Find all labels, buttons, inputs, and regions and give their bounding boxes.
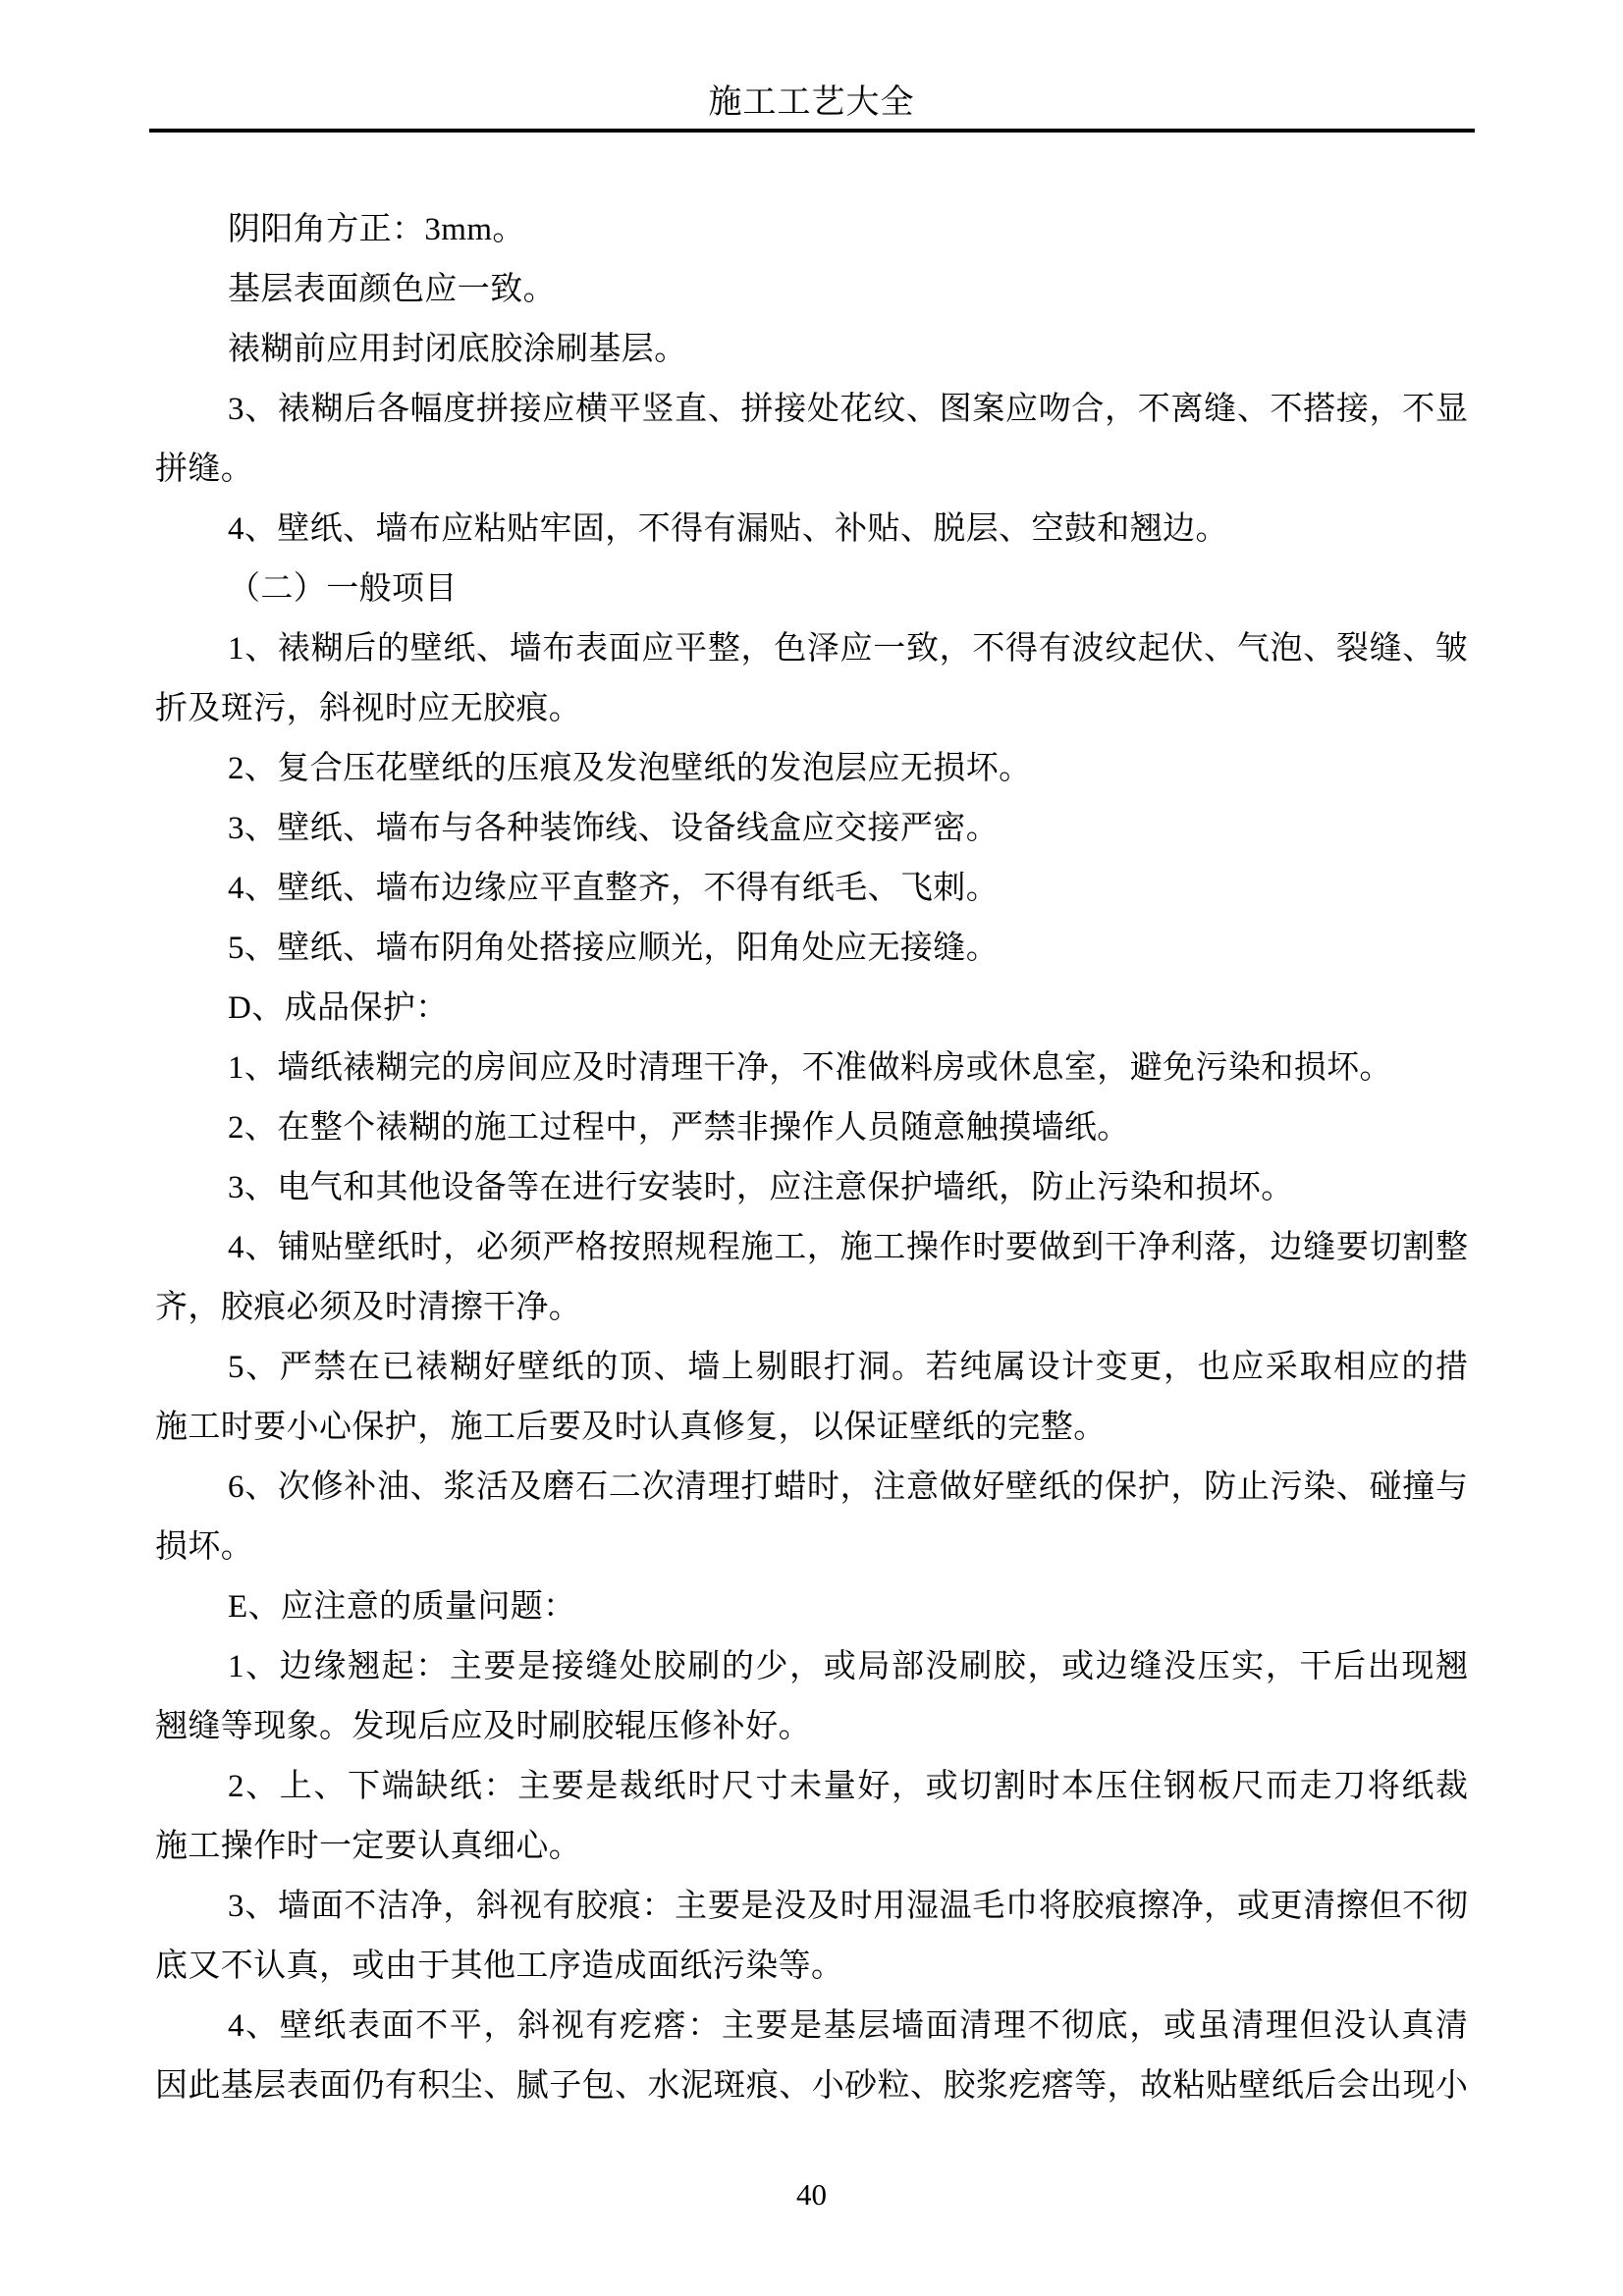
text-line: 3、壁纸、墙布与各种装饰线、设备线盒应交接严密。 xyxy=(155,799,1468,859)
text-line: 5、严禁在已裱糊好壁纸的顶、墙上剔眼打洞。若纯属设计变更，也应采取相应的措施， xyxy=(155,1338,1468,1398)
text-line: 裱糊前应用封闭底胶涂刷基层。 xyxy=(155,320,1468,380)
text-line: 阴阳角方正：3mm。 xyxy=(155,200,1468,260)
text-line: 4、壁纸、墙布边缘应平直整齐，不得有纸毛、飞刺。 xyxy=(155,859,1468,919)
page-number: 40 xyxy=(796,2177,827,2212)
text-line: 折及斑污，斜视时应无胶痕。 xyxy=(155,679,1468,739)
text-line: 基层表面颜色应一致。 xyxy=(155,260,1468,320)
text-line: 2、复合压花壁纸的压痕及发泡壁纸的发泡层应无损坏。 xyxy=(155,739,1468,799)
text-line: 5、壁纸、墙布阴角处搭接应顺光，阳角处应无接缝。 xyxy=(155,919,1468,979)
text-line: 齐，胶痕必须及时清擦干净。 xyxy=(155,1278,1468,1338)
text-line: 3、电气和其他设备等在进行安装时，应注意保护墙纸，防止污染和损坏。 xyxy=(155,1158,1468,1218)
text-line: 施工操作时一定要认真细心。 xyxy=(155,1817,1468,1877)
text-line: 拼缝。 xyxy=(155,440,1468,500)
text-line: 施工时要小心保护，施工后要及时认真修复，以保证壁纸的完整。 xyxy=(155,1398,1468,1458)
text-line: D、成品保护： xyxy=(155,979,1468,1039)
text-line: 4、壁纸表面不平，斜视有疙瘩：主要是基层墙面清理不彻底，或虽清理但没认真清扫， xyxy=(155,1997,1468,2056)
page-header-title: 施工工艺大全 xyxy=(0,82,1623,124)
text-line: 1、裱糊后的壁纸、墙布表面应平整，色泽应一致，不得有波纹起伏、气泡、裂缝、皱 xyxy=(155,619,1468,679)
document-page: 施工工艺大全 阴阳角方正：3mm。基层表面颜色应一致。裱糊前应用封闭底胶涂刷基层… xyxy=(0,0,1623,2296)
text-line: 4、铺贴壁纸时，必须严格按照规程施工，施工操作时要做到干净利落，边缝要切割整 xyxy=(155,1218,1468,1278)
text-line: 1、墙纸裱糊完的房间应及时清理干净，不准做料房或休息室，避免污染和损坏。 xyxy=(155,1039,1468,1098)
text-line: （二）一般项目 xyxy=(155,560,1468,619)
text-line: 6、次修补油、浆活及磨石二次清理打蜡时，注意做好壁纸的保护，防止污染、碰撞与 xyxy=(155,1458,1468,1518)
body-text: 阴阳角方正：3mm。基层表面颜色应一致。裱糊前应用封闭底胶涂刷基层。3、裱糊后各… xyxy=(155,200,1468,2116)
text-line: 损坏。 xyxy=(155,1518,1468,1577)
page-footer: 40 xyxy=(0,2177,1623,2213)
text-line: E、应注意的质量问题： xyxy=(155,1577,1468,1637)
text-line: 2、上、下端缺纸：主要是裁纸时尺寸未量好，或切割时本压住钢板尺而走刀将纸裁小。 xyxy=(155,1757,1468,1817)
text-line: 2、在整个裱糊的施工过程中，严禁非操作人员随意触摸墙纸。 xyxy=(155,1098,1468,1158)
text-line: 底又不认真，或由于其他工序造成面纸污染等。 xyxy=(155,1937,1468,1997)
header-rule xyxy=(149,129,1475,133)
text-line: 3、墙面不洁净，斜视有胶痕：主要是没及时用湿温毛巾将胶痕擦净，或更清擦但不彻 xyxy=(155,1877,1468,1937)
text-line: 4、壁纸、墙布应粘贴牢固，不得有漏贴、补贴、脱层、空鼓和翘边。 xyxy=(155,500,1468,560)
text-line: 因此基层表面仍有积尘、腻子包、水泥斑痕、小砂粒、胶浆疙瘩等，故粘贴壁纸后会出现小 xyxy=(155,2056,1468,2116)
text-line: 3、裱糊后各幅度拼接应横平竖直、拼接处花纹、图案应吻合，不离缝、不搭接，不显 xyxy=(155,380,1468,440)
text-line: 翘缝等现象。发现后应及时刷胶辊压修补好。 xyxy=(155,1697,1468,1757)
text-line: 1、边缘翘起：主要是接缝处胶刷的少，或局部没刷胶，或边缝没压实，干后出现翘边、 xyxy=(155,1637,1468,1697)
